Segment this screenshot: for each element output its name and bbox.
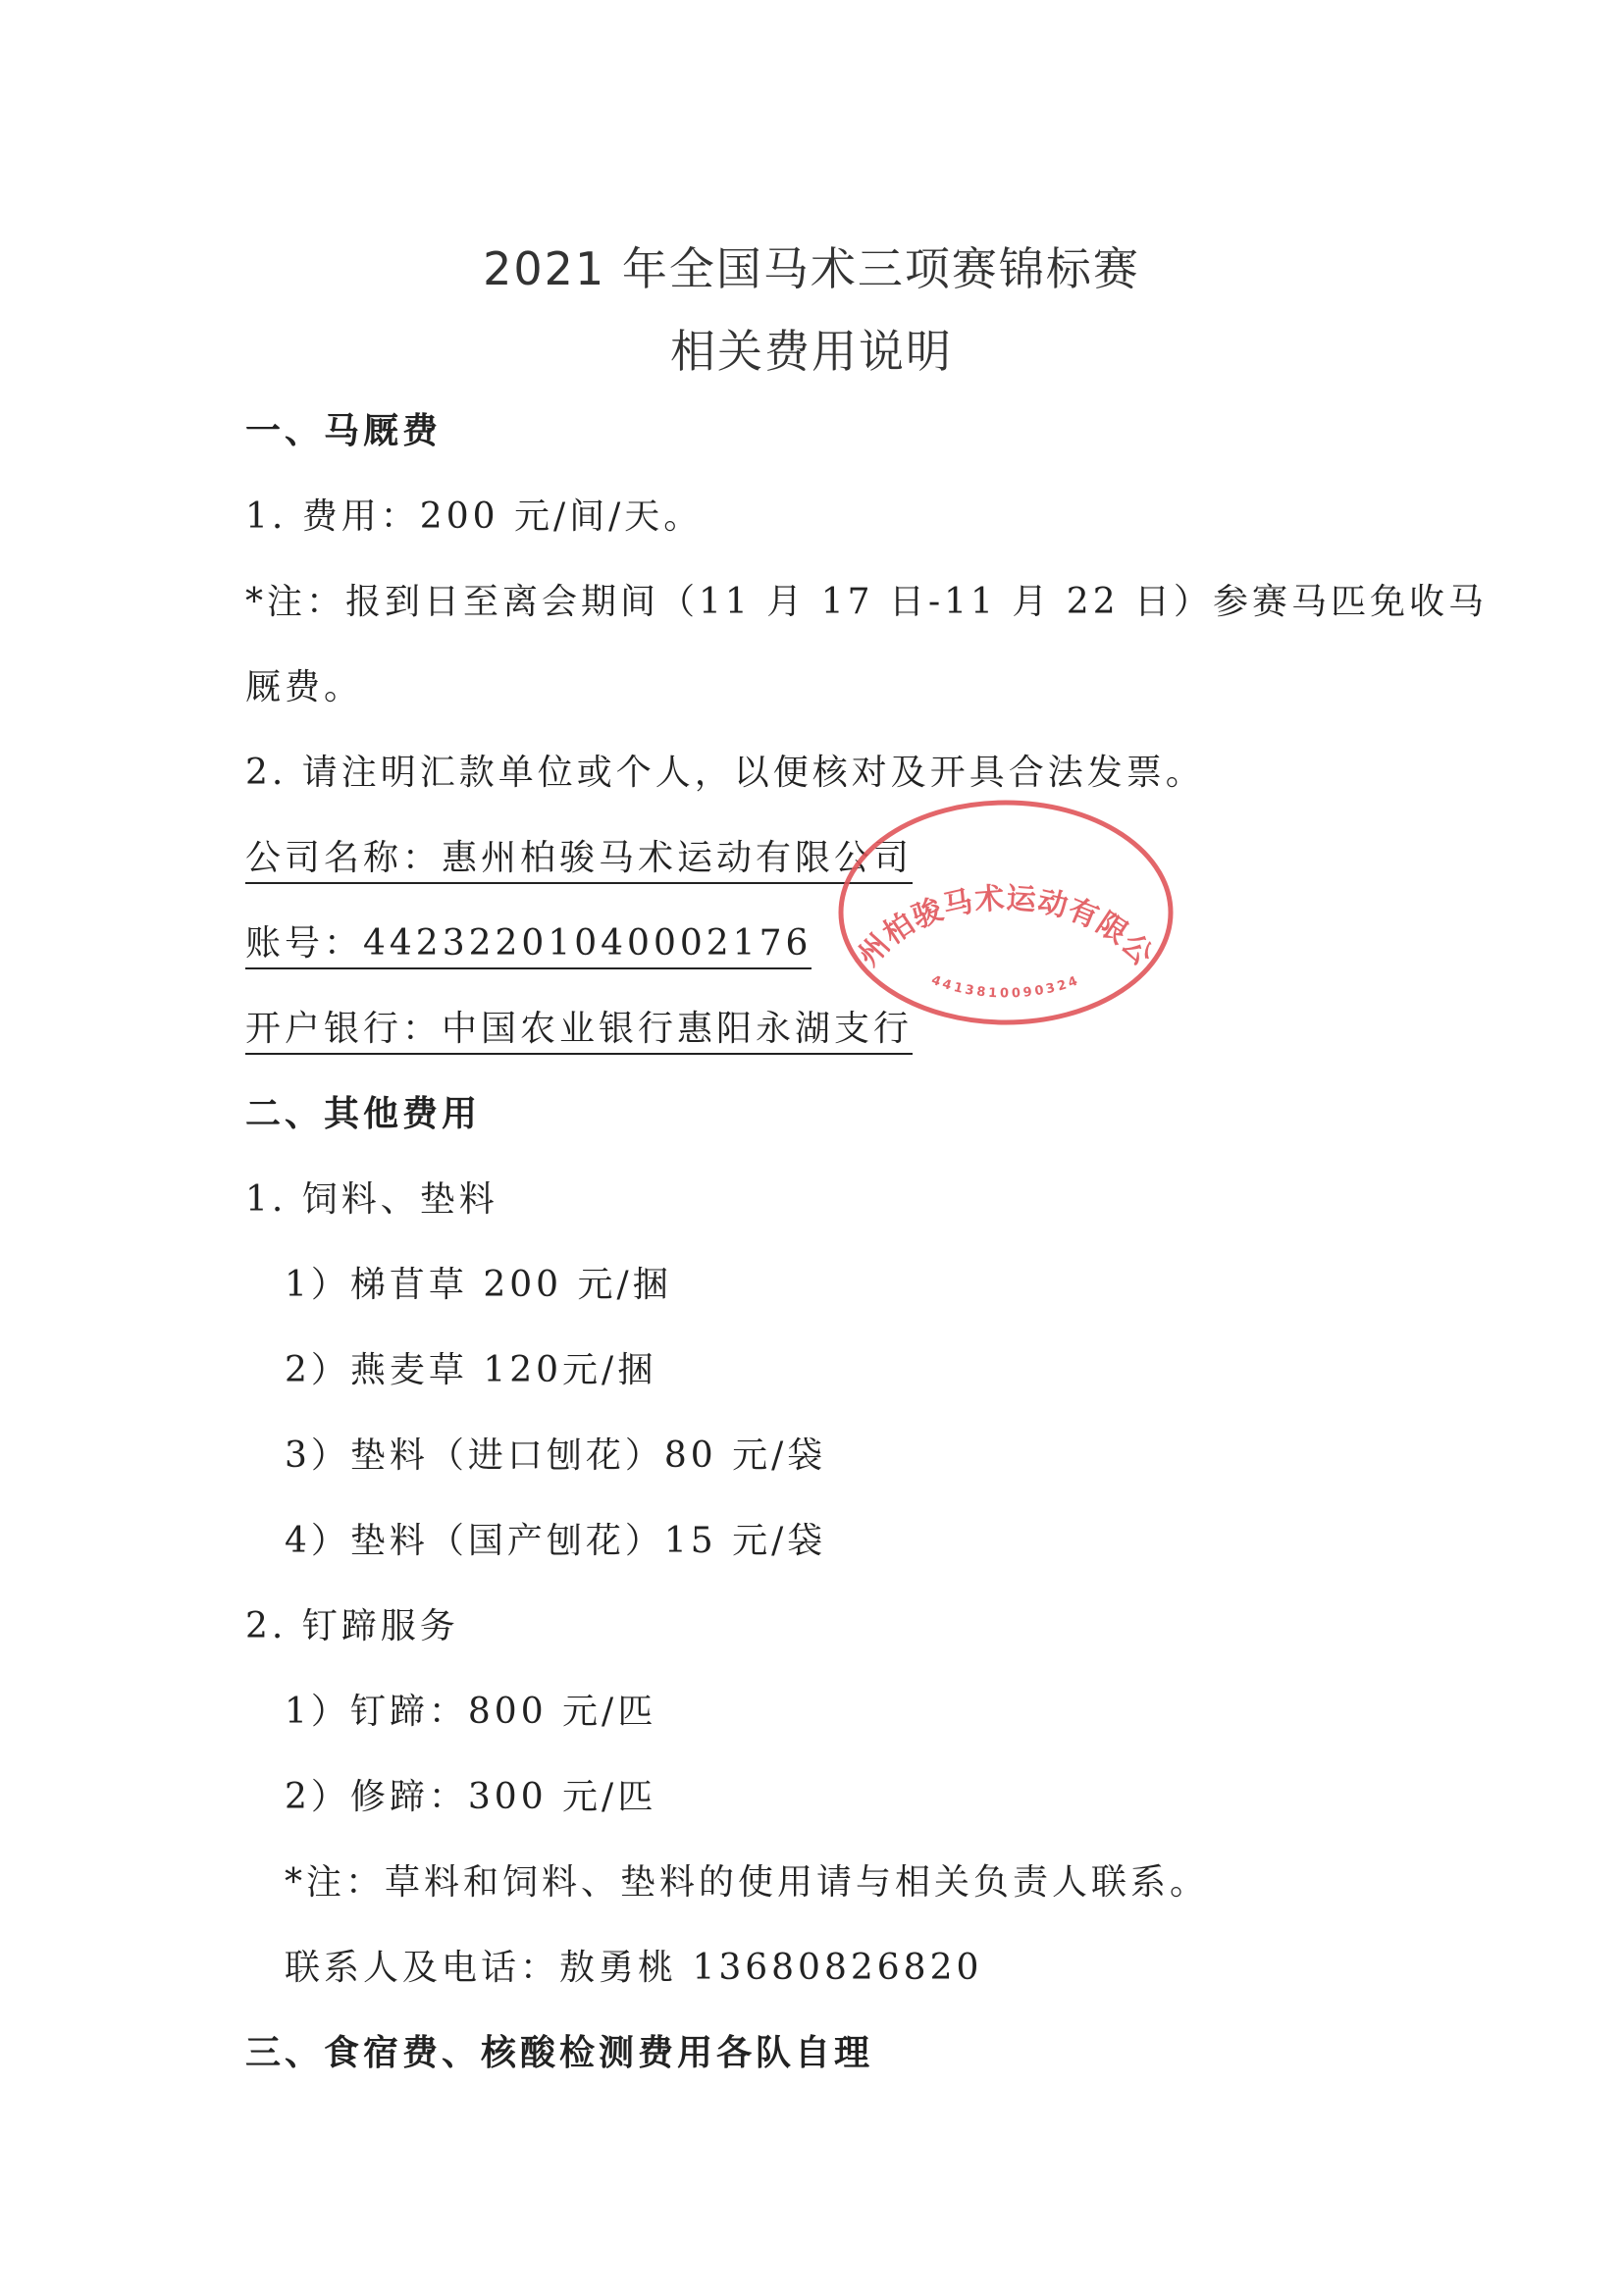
section1-heading: 一、马厩费 xyxy=(245,410,442,453)
farrier-heading: 2. 钉蹄服务 xyxy=(245,1605,459,1648)
farrier-item: 2）修蹄：300 元/匹 xyxy=(285,1776,656,1819)
feed-item: 4）垫料（国产刨花）15 元/袋 xyxy=(285,1520,826,1563)
document-page: 2021 年全国马术三项赛锦标赛 相关费用说明 一、马厩费 1. 费用：200 … xyxy=(0,0,1623,2296)
document-title-line1: 2021 年全国马术三项赛锦标赛 xyxy=(0,234,1623,298)
section2-heading: 二、其他费用 xyxy=(245,1093,481,1136)
feed-item: 3）垫料（进口刨花）80 元/袋 xyxy=(285,1435,826,1478)
feed-item: 2）燕麦草 120元/捆 xyxy=(285,1349,656,1392)
stable-fee-note-line1: *注：报到日至离会期间（11 月 17 日-11 月 22 日）参赛马匹免收马 xyxy=(245,581,1488,624)
stable-fee-note-line2: 厩费。 xyxy=(245,666,363,709)
svg-text:4413810090324: 4413810090324 xyxy=(929,973,1082,1002)
company-seal-icon: 惠州柏骏马术运动有限公司 4413810090324 xyxy=(834,795,1178,1030)
feed-heading: 1. 饲料、垫料 xyxy=(245,1178,498,1222)
bank-account: 账号：44232201040002176 xyxy=(245,923,811,969)
stable-fee: 1. 费用：200 元/间/天。 xyxy=(245,496,703,539)
supplies-note: *注：草料和饲料、垫料的使用请与相关负责人联系。 xyxy=(285,1861,1209,1905)
remittance-note: 2. 请注明汇款单位或个人，以便核对及开具合法发票。 xyxy=(245,752,1205,795)
farrier-item: 1）钉蹄：800 元/匹 xyxy=(285,1691,656,1734)
document-title-line2: 相关费用说明 xyxy=(0,316,1623,381)
company-name: 公司名称：惠州柏骏马术运动有限公司 xyxy=(245,838,913,884)
section3-heading: 三、食宿费、核酸检测费用各队自理 xyxy=(245,2032,873,2075)
feed-item: 1）梯苜草 200 元/捆 xyxy=(285,1264,672,1307)
svg-text:惠州柏骏马术运动有限公司: 惠州柏骏马术运动有限公司 xyxy=(834,795,1160,972)
contact-info: 联系人及电话：敖勇桃 13680826820 xyxy=(285,1947,982,1990)
bank-name: 开户银行：中国农业银行惠阳永湖支行 xyxy=(245,1009,913,1055)
